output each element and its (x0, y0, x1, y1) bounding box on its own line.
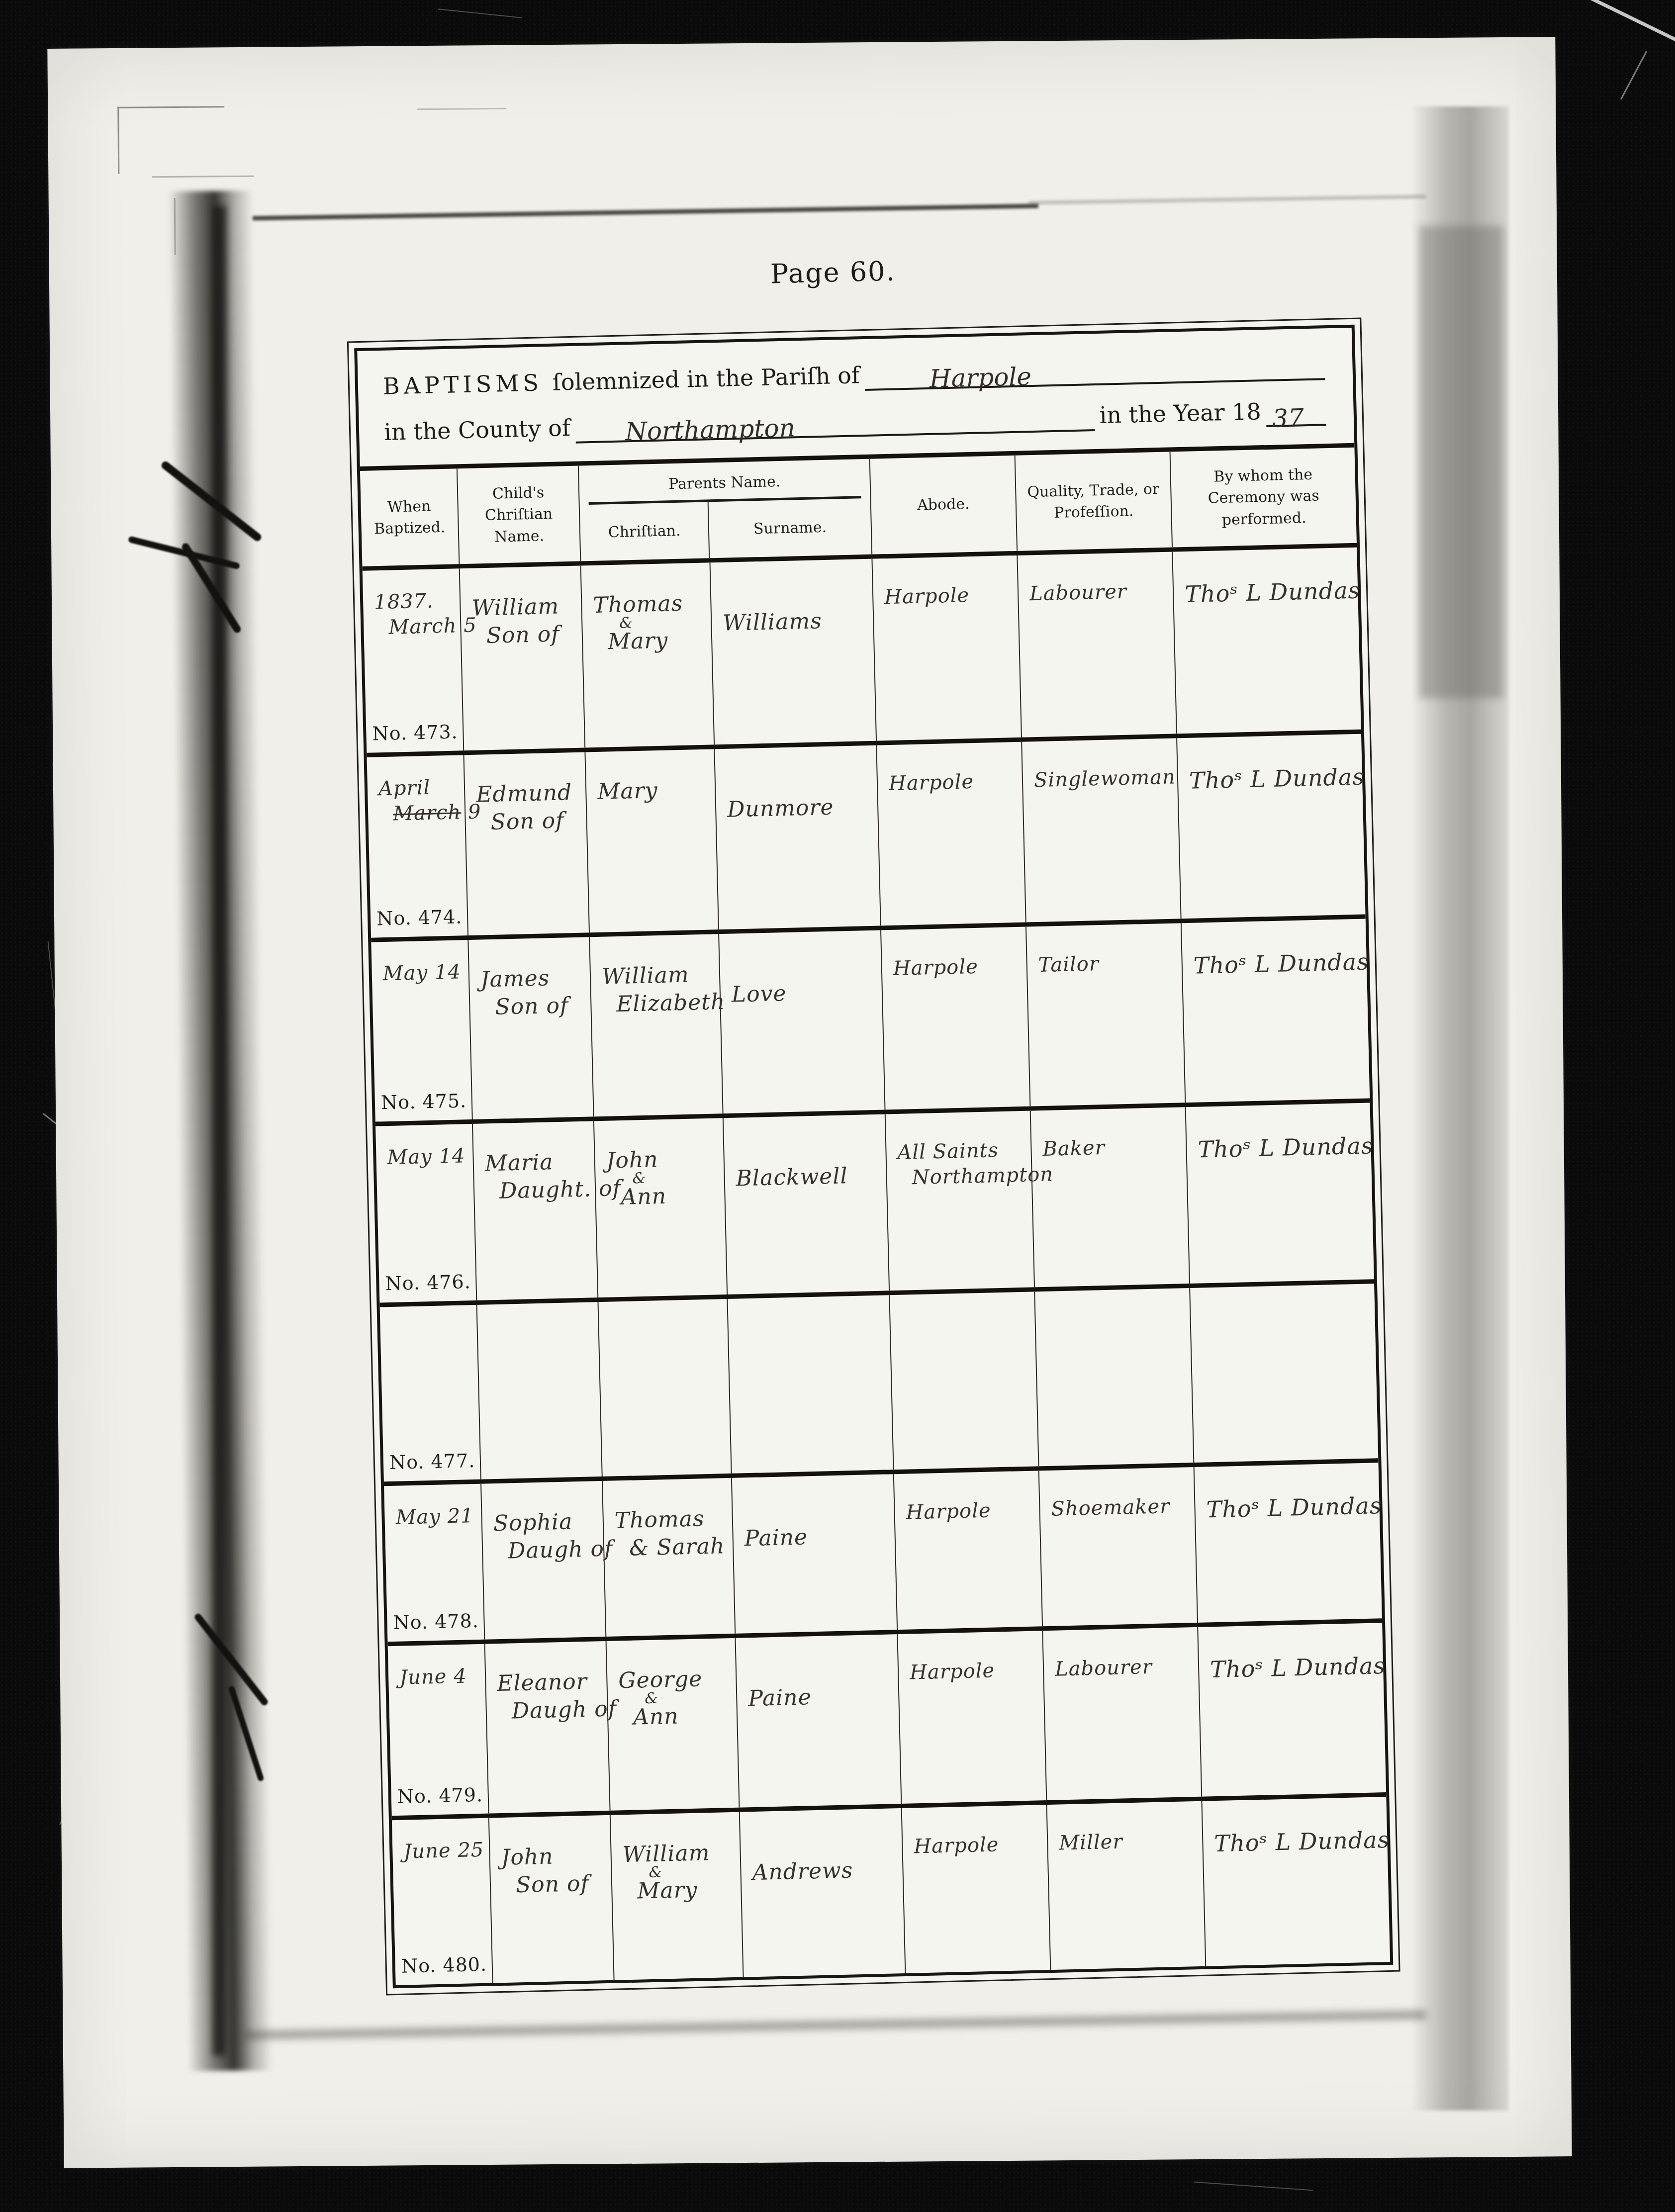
handwritten-entry: Mary (597, 776, 712, 805)
handwritten-entry: March 5 (388, 614, 458, 640)
cell-quality (1035, 1288, 1194, 1466)
cell-abode: Harpole (902, 1805, 1051, 1973)
cell-quality: Miller (1047, 1801, 1207, 1970)
cell-quality: Tailor (1026, 923, 1186, 1106)
handwritten-entry: & Sarah (629, 1533, 730, 1562)
page-content: Page 60. BAPTISMS ſolemnized in the Pari… (345, 244, 1400, 1995)
cell-abode: All SaintsNorthampton (886, 1111, 1035, 1291)
table-row: No. 477. (380, 1284, 1379, 1486)
cell-abode (890, 1291, 1039, 1470)
register-title: BAPTISMS ſolemnized in the Pariſh of Har… (357, 328, 1354, 471)
handwritten-entry: June 4 (399, 1664, 482, 1690)
handwritten-entry: June 25 (403, 1838, 486, 1864)
county-blank-line: Northampton (575, 400, 1095, 444)
handwritten-entry: William (471, 593, 578, 622)
column-header-parent-surname: Surname. (709, 498, 871, 558)
scratch-mark (1586, 0, 1675, 48)
column-header-by-whom: By whom the Ceremony was performed. (1171, 448, 1357, 548)
cell-child-name: JohnSon of (489, 1815, 615, 1983)
cell-parent-christian: William&Mary (611, 1812, 744, 1980)
cell-child-name: WilliamSon of (460, 566, 586, 751)
handwritten-entry: Blackwell (736, 1162, 883, 1193)
table-row: AprilMarch 9No. 474.EdmundSon ofMaryDunm… (367, 734, 1366, 942)
cell-when-baptized: June 4No. 479. (388, 1644, 489, 1816)
handwritten-entry: May 21 (395, 1504, 478, 1530)
cell-when-baptized: 1837.March 5No. 473. (363, 568, 465, 753)
county-handwritten-value: Northampton (575, 413, 795, 447)
year-label: in the Year 18 (1099, 398, 1261, 429)
cell-parent-christian: Thomas& Sarah (603, 1478, 736, 1637)
table-row: June 25No. 480.JohnSon ofWilliam&MaryAnd… (392, 1797, 1390, 1985)
handwritten-entry: Thomas (614, 1505, 729, 1534)
cell-parent-surname: Dunmore (715, 745, 881, 930)
handwritten-entry: Baker (1042, 1134, 1183, 1161)
cell-by-whom: Thoˢ L Dundas (1202, 1797, 1390, 1966)
handwritten-entry: William (601, 961, 716, 990)
cell-quality: Labourer (1018, 552, 1177, 737)
cell-parent-surname: Blackwell (724, 1114, 890, 1294)
handwritten-entry: Harpole (910, 1658, 1040, 1685)
handwritten-entry: James (480, 964, 587, 993)
cell-abode: Harpole (877, 742, 1026, 926)
handwritten-entry: Daugh of (508, 1536, 601, 1565)
cell-abode: Harpole (881, 927, 1030, 1110)
cell-abode: Harpole (898, 1631, 1047, 1804)
cell-quality: Labourer (1043, 1627, 1202, 1800)
cell-parent-surname: Paine (736, 1634, 902, 1808)
struck-out-word: March (393, 801, 462, 825)
county-label: in the County of (384, 414, 571, 446)
cell-abode: Harpole (894, 1471, 1043, 1630)
handwritten-entry: Sophia (493, 1508, 600, 1537)
page-edge-shadow-right (1419, 226, 1503, 698)
handwritten-entry: Northampton (912, 1163, 1028, 1190)
handwritten-entry: Love (731, 978, 879, 1009)
handwritten-entry: John (501, 1842, 608, 1871)
handwritten-entry: Son of (495, 992, 588, 1020)
handwritten-entry: Harpole (889, 769, 1020, 796)
cell-when-baptized: May 14No. 476. (375, 1124, 477, 1303)
row-number: No. 478. (393, 1610, 479, 1634)
table-body: 1837.March 5No. 473.WilliamSon ofThomas&… (363, 548, 1390, 1985)
cell-when-baptized: No. 477. (380, 1305, 481, 1482)
handwritten-entry: Mary (637, 1876, 738, 1905)
handwritten-entry: Mary (608, 627, 709, 655)
column-header-parent-christian: Chriſtian. (580, 502, 710, 561)
column-header-parents: Parents Name. Chriſtian. Surname. (579, 459, 872, 561)
handwritten-entry: Eleanor (497, 1668, 604, 1697)
cell-by-whom (1190, 1284, 1378, 1463)
cell-parent-christian: John&Ann (594, 1118, 728, 1297)
handwritten-entry: Labourer (1055, 1654, 1196, 1681)
cell-parent-surname: Love (719, 930, 885, 1113)
handwritten-entry: Harpole (914, 1832, 1044, 1859)
cell-quality: Singlewoman (1022, 738, 1181, 922)
row-number: No. 477. (389, 1450, 475, 1474)
parish-blank-line: Harpole (864, 349, 1325, 391)
handwritten-entry: Thoˢ L Dundas (1189, 763, 1359, 795)
handwritten-entry: Edmund (476, 779, 583, 809)
handwritten-entry: Thoˢ L Dundas (1214, 1826, 1385, 1857)
handwritten-entry: Thoˢ L Dundas (1210, 1652, 1381, 1683)
handwritten-entry: Son of (515, 1870, 608, 1899)
corner-pencil-mark (117, 107, 119, 174)
table-row: June 4No. 479.EleanorDaugh ofGeorge&AnnP… (388, 1623, 1387, 1820)
handwritten-entry: Tailor (1038, 950, 1179, 977)
cell-by-whom: Thoˢ L Dundas (1177, 734, 1365, 919)
corner-pencil-mark (417, 108, 506, 110)
row-number: No. 475. (380, 1090, 466, 1113)
row-number: No. 473. (372, 721, 458, 744)
cell-child-name: MariaDaught. of (473, 1121, 598, 1300)
column-header-quality: Quality, Trade, or Profeſſion. (1016, 452, 1173, 551)
table-row: May 21No. 478.SophiaDaugh ofThomas& Sara… (384, 1463, 1382, 1646)
cell-child-name: JamesSon of (468, 937, 594, 1119)
cell-quality: Baker (1031, 1107, 1190, 1287)
cell-child-name: EdmundSon of (464, 752, 589, 935)
handwritten-entry: Paine (748, 1682, 896, 1712)
handwritten-entry: May 14 (382, 960, 465, 986)
cell-parent-surname: Andrews (740, 1808, 906, 1977)
cell-parent-christian: Mary (585, 749, 719, 932)
cell-by-whom: Thoˢ L Dundas (1186, 1103, 1374, 1284)
cell-parent-christian: Thomas&Mary (581, 562, 715, 747)
cell-when-baptized: May 21No. 478. (384, 1484, 485, 1642)
handwritten-entry: Thoˢ L Dundas (1185, 576, 1355, 608)
year-blank-line: 37 (1266, 395, 1326, 427)
handwritten-entry: Ann (621, 1182, 722, 1210)
register-table: BAPTISMS ſolemnized in the Pariſh of Har… (347, 317, 1400, 1995)
scan-background: Page 60. BAPTISMS ſolemnized in the Pari… (0, 0, 1675, 2212)
cell-parent-surname: Williams (711, 559, 877, 745)
column-header-parents-label: Parents Name. (668, 461, 781, 500)
cell-by-whom: Thoˢ L Dundas (1198, 1623, 1386, 1797)
parish-handwritten-value: Harpole (864, 362, 1031, 395)
table-row: May 14No. 476.MariaDaught. ofJohn&AnnBla… (375, 1103, 1374, 1307)
cell-child-name (477, 1302, 603, 1479)
handwritten-entry: Son of (490, 807, 583, 835)
cell-parent-christian: WilliamElizabeth (590, 934, 723, 1116)
handwritten-entry: Singlewoman (1033, 765, 1174, 793)
handwritten-entry: Shoemaker (1051, 1494, 1192, 1521)
handwritten-entry: March 9 (393, 800, 462, 826)
book-spine-shadow (213, 206, 226, 2056)
cell-quality: Shoemaker (1039, 1467, 1198, 1626)
handwritten-entry: Elizabeth (616, 989, 717, 1017)
cell-parent-christian (598, 1299, 732, 1476)
handwritten-entry: Daugh of (511, 1696, 604, 1725)
handwritten-entry: May 14 (387, 1144, 470, 1170)
handwritten-entry: Ann (633, 1702, 734, 1731)
scratch-mark (1620, 51, 1647, 100)
handwritten-entry: Son of (486, 620, 579, 649)
row-number: No. 480. (401, 1953, 487, 1977)
cell-by-whom: Thoˢ L Dundas (1182, 919, 1370, 1103)
corner-pencil-mark (152, 176, 254, 178)
cell-parent-christian: George&Ann (607, 1638, 740, 1811)
handwritten-entry: Thoˢ L Dundas (1198, 1132, 1368, 1164)
handwritten-entry: Thoˢ L Dundas (1193, 948, 1364, 980)
handwritten-entry: Harpole (893, 954, 1024, 981)
handwritten-entry: All Saints (897, 1138, 1028, 1165)
handwritten-entry: Harpole (906, 1497, 1036, 1525)
row-number: No. 479. (397, 1784, 483, 1808)
handwritten-entry: Andrews (752, 1856, 900, 1886)
scratch-mark (438, 8, 522, 18)
row-number: No. 476. (385, 1271, 471, 1294)
cell-child-name: EleanorDaugh of (485, 1641, 611, 1814)
handwritten-entry: Labourer (1029, 579, 1170, 606)
table-row: 1837.March 5No. 473.WilliamSon ofThomas&… (363, 548, 1361, 757)
handwritten-entry: Thoˢ L Dundas (1206, 1491, 1377, 1523)
handwritten-entry: 1837. (374, 588, 457, 615)
cell-abode: Harpole (872, 555, 1022, 741)
cell-parent-surname (728, 1295, 894, 1474)
cell-when-baptized: May 14No. 475. (371, 940, 472, 1122)
cell-when-baptized: June 25No. 480. (392, 1818, 493, 1986)
cell-when-baptized: AprilMarch 9No. 474. (367, 755, 468, 938)
handwritten-entry: Miller (1059, 1828, 1200, 1855)
scratch-mark (1194, 2182, 1313, 2191)
handwritten-entry: Williams (723, 607, 870, 637)
handwritten-entry: Dunmore (727, 793, 875, 824)
title-baptisms: BAPTISMS (382, 369, 543, 400)
cell-child-name: SophiaDaugh of (481, 1481, 606, 1640)
cell-parent-surname: Paine (732, 1474, 898, 1634)
column-header-child: Child's Chriſtian Name. (458, 466, 581, 564)
handwritten-entry: Daught. of (499, 1176, 592, 1204)
handwritten-entry: April (378, 775, 461, 801)
title-rest: ſolemnized in the Pariſh of (552, 362, 860, 396)
table-row: May 14No. 475.JamesSon ofWilliamElizabet… (371, 919, 1370, 1126)
cell-by-whom: Thoˢ L Dundas (1173, 548, 1361, 734)
handwritten-entry: Paine (744, 1522, 892, 1552)
row-number: No. 474. (376, 906, 463, 929)
year-handwritten-value: 37 (1266, 403, 1304, 433)
corner-pencil-mark (117, 106, 224, 108)
column-header-abode: Abode. (870, 456, 1018, 554)
cell-by-whom: Thoˢ L Dundas (1195, 1463, 1382, 1623)
handwritten-entry: Harpole (884, 582, 1015, 610)
handwritten-entry: Maria (484, 1148, 591, 1177)
column-header-when: When Baptized. (360, 468, 460, 566)
